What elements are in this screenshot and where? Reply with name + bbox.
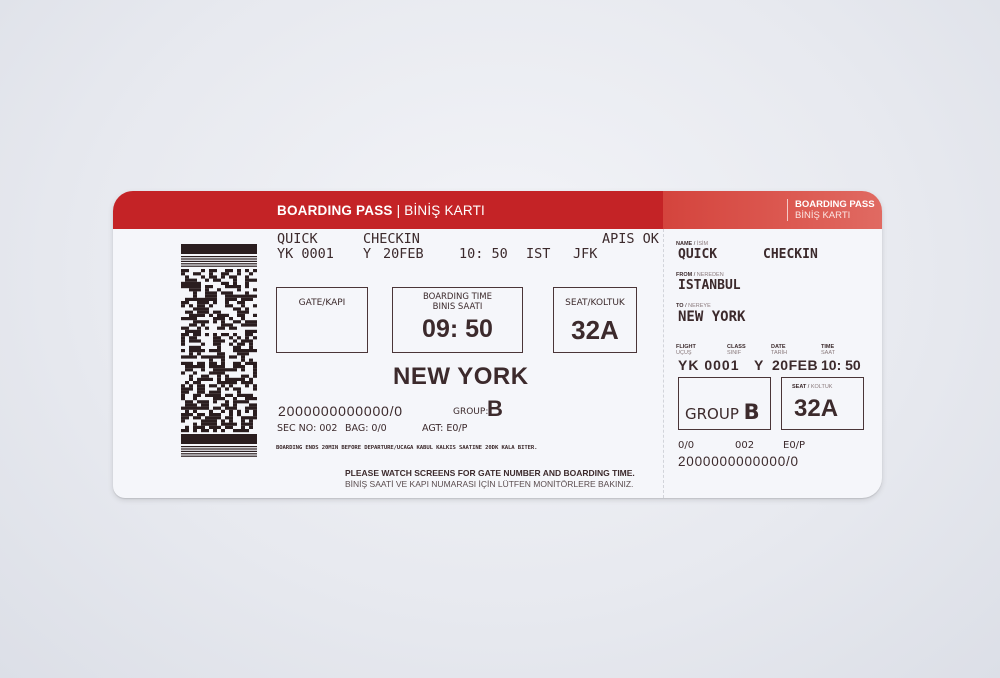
origin-code: IST (526, 246, 550, 262)
boarding-time: 09: 50 (393, 315, 522, 344)
footer-notice-tr: BİNİŞ SAATİ VE KAPI NUMARASI İÇİN LÜTFEN… (345, 479, 633, 489)
stub-date-label: DATETARİH (771, 344, 787, 356)
boarding-pass-title: BOARDING PASS | BİNİŞ KARTI (277, 203, 485, 218)
apis-status: APIS OK (602, 231, 659, 247)
stub-flight-number: YK 0001 (678, 357, 739, 373)
seat-box: SEAT/KOLTUK 32A (553, 287, 637, 353)
stub-time: 10: 50 (821, 357, 861, 373)
stub-group-label: GROUP B (685, 400, 760, 424)
boarding-pass: BOARDING PASS | BİNİŞ KARTI BOARDING PAS… (113, 191, 882, 498)
stub-last-name: CHECKIN (763, 247, 818, 262)
stub-seat-number: 32A (794, 395, 838, 423)
gate-label: GATE/KAPI (277, 298, 367, 308)
stub-seat-label: SEAT / KOLTUK (792, 384, 832, 390)
sec-number: SEC NO: 002 (277, 423, 337, 434)
stub-seat-box: SEAT / KOLTUK 32A (781, 377, 864, 430)
seat-number: 32A (554, 315, 636, 346)
flight-number: YK 0001 (277, 246, 334, 262)
destination-code: JFK (573, 246, 597, 262)
stub-agent: E0/P (783, 440, 805, 451)
stub-date: 20FEB (772, 357, 818, 373)
stub-destination: NEW YORK (678, 309, 745, 325)
stub-origin: ISTANBUL (678, 278, 741, 293)
passenger-last-name: CHECKIN (363, 231, 420, 247)
boarding-notice: BOARDING ENDS 20MIN BEFORE DEPARTURE/UCA… (276, 445, 537, 451)
flight-date: 20FEB (383, 246, 424, 262)
stub-group-box: GROUP B (678, 377, 771, 430)
stub-class: Y (754, 357, 763, 373)
destination-city: NEW YORK (393, 363, 529, 391)
passenger-first-name: QUICK (277, 231, 318, 247)
bag-count: BAG: 0/0 (345, 423, 387, 434)
stub-sec: 002 (735, 440, 754, 451)
travel-class: Y (363, 246, 371, 262)
seat-label: SEAT/KOLTUK (554, 298, 636, 308)
boarding-time-box: BOARDING TIME BINIS SAATI 09: 50 (392, 287, 523, 353)
boarding-time-label-en: BOARDING TIME (393, 292, 522, 302)
departure-time: 10: 50 (459, 246, 508, 262)
group-value: B (487, 396, 503, 422)
stub-bag: 0/0 (678, 440, 694, 451)
footer-notice-en: PLEASE WATCH SCREENS FOR GATE NUMBER AND… (345, 468, 635, 478)
boarding-time-label-tr: BINIS SAATI (393, 302, 522, 312)
stub-group-value: B (744, 400, 760, 424)
stub-title: BOARDING PASSBİNİŞ KARTI (787, 199, 875, 221)
ticket-number: 2000000000000/0 (278, 403, 403, 419)
perforation-line (663, 229, 664, 498)
stub-ticket-number: 2000000000000/0 (678, 454, 799, 469)
stub-class-label: CLASSSINIF (727, 344, 746, 356)
agent-code: AGT: E0/P (422, 423, 467, 434)
stub-time-label: TIMESAAT (821, 344, 835, 356)
group-label: GROUP: (453, 407, 488, 417)
stub-flight-label: FLIGHTUÇUŞ (676, 344, 696, 356)
stub-first-name: QUICK (678, 247, 717, 262)
pdf417-barcode (181, 242, 257, 459)
gate-box: GATE/KAPI (276, 287, 368, 353)
